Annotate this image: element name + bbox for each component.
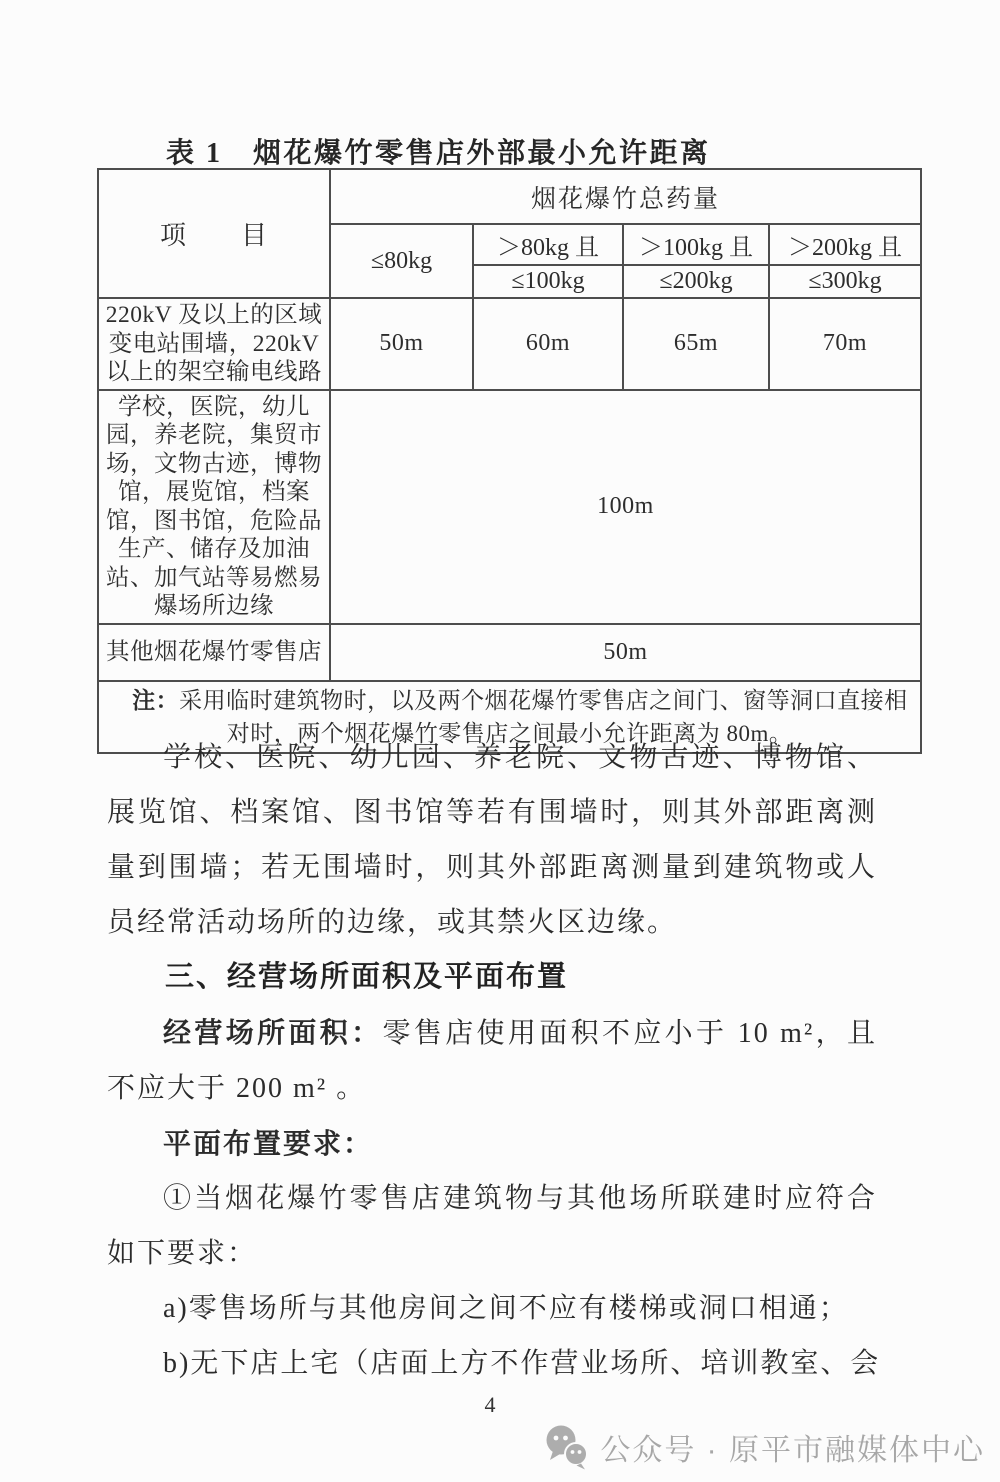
table-header-col-100kg-top: ＞80kg 且	[473, 224, 623, 265]
wechat-icon	[544, 1424, 590, 1470]
table-row-public-places: 学校，医院，幼儿园，养老院，集贸市场，文物古迹，博物馆，展览馆，档案馆，图书馆，…	[98, 390, 921, 624]
paragraph-business-area-lead: 经营场所面积：	[163, 1017, 382, 1048]
table-cell-value: 65m	[623, 298, 769, 390]
table-caption: 表 1 烟花爆竹零售店外部最小允许距离	[166, 131, 711, 171]
distance-table: 项 目 烟花爆竹总药量 ≤80kg ＞80kg 且 ＞100kg 且 ＞200k…	[97, 168, 922, 754]
table-header-col-200kg-top: ＞100kg 且	[623, 224, 769, 265]
table-header-col-300kg-top: ＞200kg 且	[769, 224, 921, 265]
table-header-item: 项 目	[98, 169, 330, 298]
footer-watermark: 公众号 · 原平市融媒体中心	[544, 1424, 985, 1470]
table-cell-value: 70m	[769, 298, 921, 390]
table-header-col-100kg-bottom: ≤100kg	[473, 265, 623, 298]
table-header-col-80kg: ≤80kg	[330, 224, 473, 298]
paragraph-layout-requirements-lead: 平面布置要求：	[107, 1116, 877, 1171]
table-cell-item: 其他烟花爆竹零售店	[98, 624, 330, 681]
paragraph-item-1: ①当烟花爆竹零售店建筑物与其他场所联建时应符合如下要求：	[107, 1171, 877, 1281]
paragraph-item-b: b)无下店上宅（店面上方不作营业场所、培训教室、会	[107, 1336, 877, 1391]
table-header-row-1: 项 目 烟花爆竹总药量	[98, 169, 921, 224]
table-header-col-200kg-bottom: ≤200kg	[623, 265, 769, 298]
document-page: 表 1 烟花爆竹零售店外部最小允许距离 项 目 烟花爆竹总药量 ≤80kg ＞8…	[0, 0, 1000, 1482]
table-cell-item: 220kV 及以上的区域变电站围墙，220kV 以上的架空输电线路	[98, 298, 330, 390]
table-note-label: 注：	[132, 687, 179, 713]
paragraph-measurement-rule: 学校、医院、幼儿园、养老院、文物古迹、博物馆、展览馆、档案馆、图书馆等若有围墙时…	[107, 730, 877, 950]
table-row-other-stores: 其他烟花爆竹零售店 50m	[98, 624, 921, 681]
table-cell-item: 学校，医院，幼儿园，养老院，集贸市场，文物古迹，博物馆，展览馆，档案馆，图书馆，…	[98, 390, 330, 624]
table-header-col-300kg-bottom: ≤300kg	[769, 265, 921, 298]
paragraph-item-a: a)零售场所与其他房间之间不应有楼梯或洞口相通；	[107, 1281, 877, 1336]
section-heading-3: 三、经营场所面积及平面布置	[107, 950, 877, 1005]
body-text: 学校、医院、幼儿园、养老院、文物古迹、博物馆、展览馆、档案馆、图书馆等若有围墙时…	[107, 730, 877, 1391]
paragraph-business-area: 经营场所面积：零售店使用面积不应小于 10 m²，且不应大于 200 m² 。	[107, 1005, 877, 1116]
table-cell-value: 50m	[330, 298, 473, 390]
table-cell-value-merged: 50m	[330, 624, 921, 681]
page-number: 4	[0, 1392, 980, 1418]
table-cell-value: 60m	[473, 298, 623, 390]
table-cell-value-merged: 100m	[330, 390, 921, 624]
watermark-text: 公众号 · 原平市融媒体中心	[600, 1425, 985, 1469]
table-header-group: 烟花爆竹总药量	[330, 169, 921, 224]
table-row-substation: 220kV 及以上的区域变电站围墙，220kV 以上的架空输电线路 50m 60…	[98, 298, 921, 390]
